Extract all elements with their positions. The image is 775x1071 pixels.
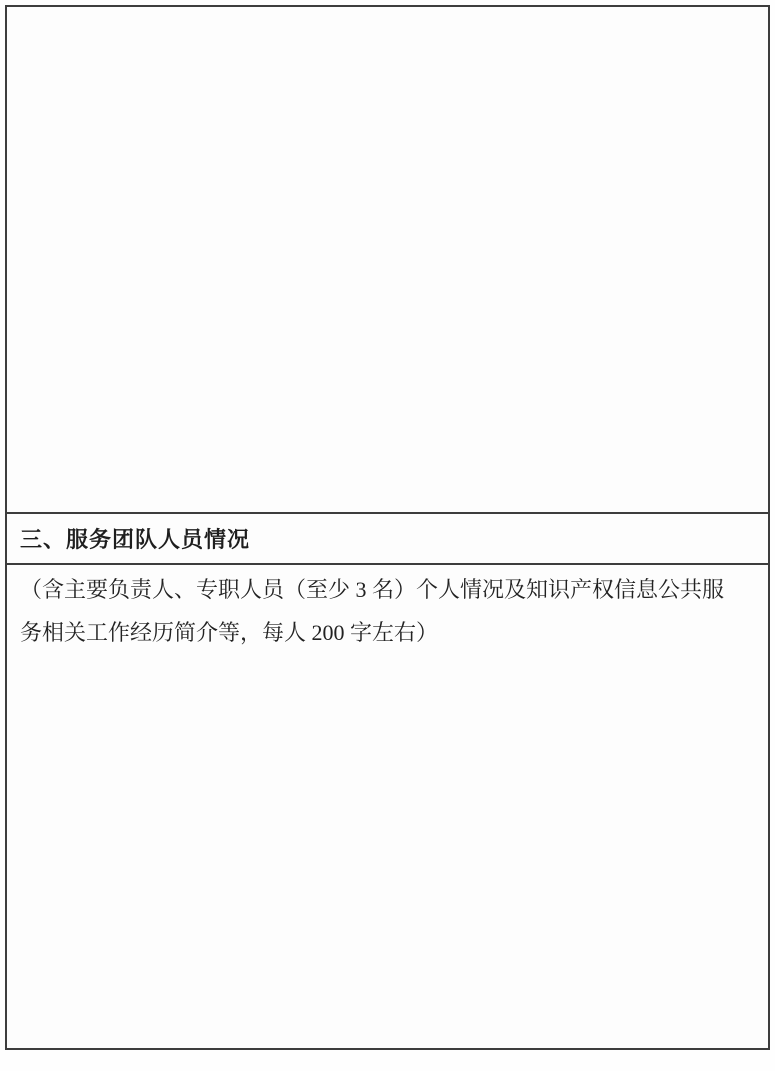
instructions-line-1: （含主要负责人、专职人员（至少 3 名）个人情况及知识产权信息公共服 [20,568,758,611]
instructions-cell[interactable]: （含主要负责人、专职人员（至少 3 名）个人情况及知识产权信息公共服 务相关工作… [7,565,768,1048]
form-table: 三、服务团队人员情况 （含主要负责人、专职人员（至少 3 名）个人情况及知识产权… [5,5,770,1050]
section-title: 三、服务团队人员情况 [20,523,250,554]
document-page: 三、服务团队人员情况 （含主要负责人、专职人员（至少 3 名）个人情况及知识产权… [0,0,775,1071]
section-header-cell: 三、服务团队人员情况 [7,514,768,565]
instructions-line-2: 务相关工作经历简介等，每人 200 字左右） [20,611,758,654]
empty-content-cell[interactable] [7,7,768,514]
